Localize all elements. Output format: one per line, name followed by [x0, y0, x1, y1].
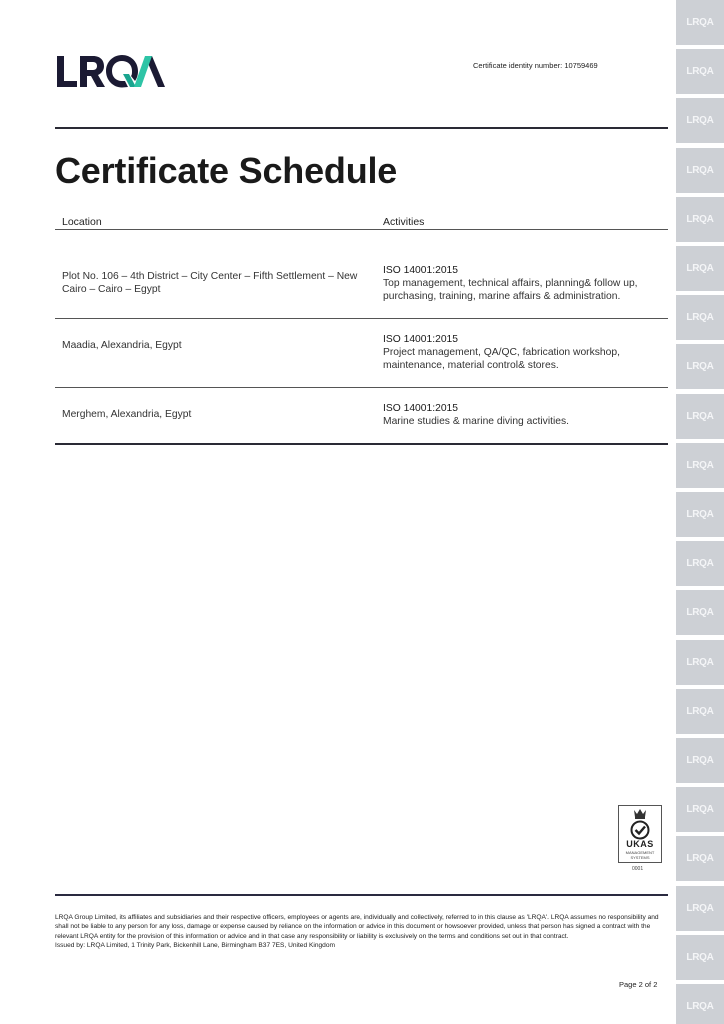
row-divider [55, 318, 668, 319]
ukas-accreditation-mark: UKAS MANAGEMENT SYSTEMS [618, 805, 662, 863]
footer-disclaimer: LRQA Group Limited, its affiliates and s… [55, 913, 670, 950]
certificate-identity-label: Certificate identity number: [473, 61, 562, 70]
certificate-identity-number: 10759469 [564, 61, 597, 70]
watermark-tile: LRQA [676, 246, 724, 291]
ukas-code: 0001 [632, 866, 643, 872]
watermark-tile: LRQA [676, 394, 724, 439]
watermark-tile: LRQA [676, 98, 724, 143]
page-title: Certificate Schedule [55, 150, 397, 192]
watermark-tile: LRQA [676, 344, 724, 389]
watermark-tile: LRQA [676, 492, 724, 537]
watermark-tile: LRQA [676, 148, 724, 193]
page-number: Page 2 of 2 [619, 980, 657, 989]
row-activities-text: Project management, QA/QC, fabrication w… [383, 346, 673, 372]
lrqa-logo [55, 50, 167, 88]
row-standard: ISO 14001:2015 [383, 264, 673, 277]
column-header-location: Location [62, 216, 102, 228]
watermark-tile: LRQA [676, 689, 724, 734]
watermark-tile: LRQA [676, 49, 724, 94]
watermark-tile: LRQA [676, 935, 724, 980]
row-activities-text: Top management, technical affairs, plann… [383, 277, 673, 303]
row-activities: ISO 14001:2015 Project management, QA/QC… [383, 333, 673, 372]
watermark-tile: LRQA [676, 443, 724, 488]
watermark-tile: LRQA [676, 787, 724, 832]
crown-check-icon [620, 806, 660, 840]
watermark-tile: LRQA [676, 541, 724, 586]
watermark-tile: LRQA [676, 295, 724, 340]
row-activities: ISO 14001:2015 Marine studies & marine d… [383, 402, 673, 428]
column-header-activities: Activities [383, 216, 424, 228]
row-location: Maadia, Alexandria, Egypt [62, 339, 377, 352]
row-location: Plot No. 106 – 4th District – City Cente… [62, 270, 377, 296]
row-location: Merghem, Alexandria, Egypt [62, 408, 377, 421]
footer-divider [55, 894, 668, 896]
row-standard: ISO 14001:2015 [383, 333, 673, 346]
side-watermark-strip: LRQALRQALRQALRQALRQALRQALRQALRQALRQALRQA… [676, 0, 724, 1024]
watermark-tile: LRQA [676, 640, 724, 685]
ukas-label: UKAS [626, 840, 654, 849]
row-standard: ISO 14001:2015 [383, 402, 673, 415]
row-divider [55, 387, 668, 388]
watermark-tile: LRQA [676, 197, 724, 242]
watermark-tile: LRQA [676, 984, 724, 1024]
watermark-tile: LRQA [676, 590, 724, 635]
watermark-tile: LRQA [676, 738, 724, 783]
watermark-tile: LRQA [676, 0, 724, 45]
table-bottom-divider [55, 443, 668, 445]
issued-by: Issued by: LRQA Limited, 1 Trinity Park,… [55, 941, 670, 950]
header-divider [55, 127, 668, 129]
watermark-tile: LRQA [676, 886, 724, 931]
lrqa-logo-icon [55, 54, 167, 88]
certificate-identity: Certificate identity number: 10759469 [473, 61, 598, 70]
row-activities: ISO 14001:2015 Top management, technical… [383, 264, 673, 303]
row-activities-text: Marine studies & marine diving activitie… [383, 415, 673, 428]
disclaimer-text: LRQA Group Limited, its affiliates and s… [55, 913, 670, 941]
watermark-tile: LRQA [676, 836, 724, 881]
table-header-divider [55, 229, 668, 230]
ukas-subtitle-2: SYSTEMS [630, 855, 649, 860]
